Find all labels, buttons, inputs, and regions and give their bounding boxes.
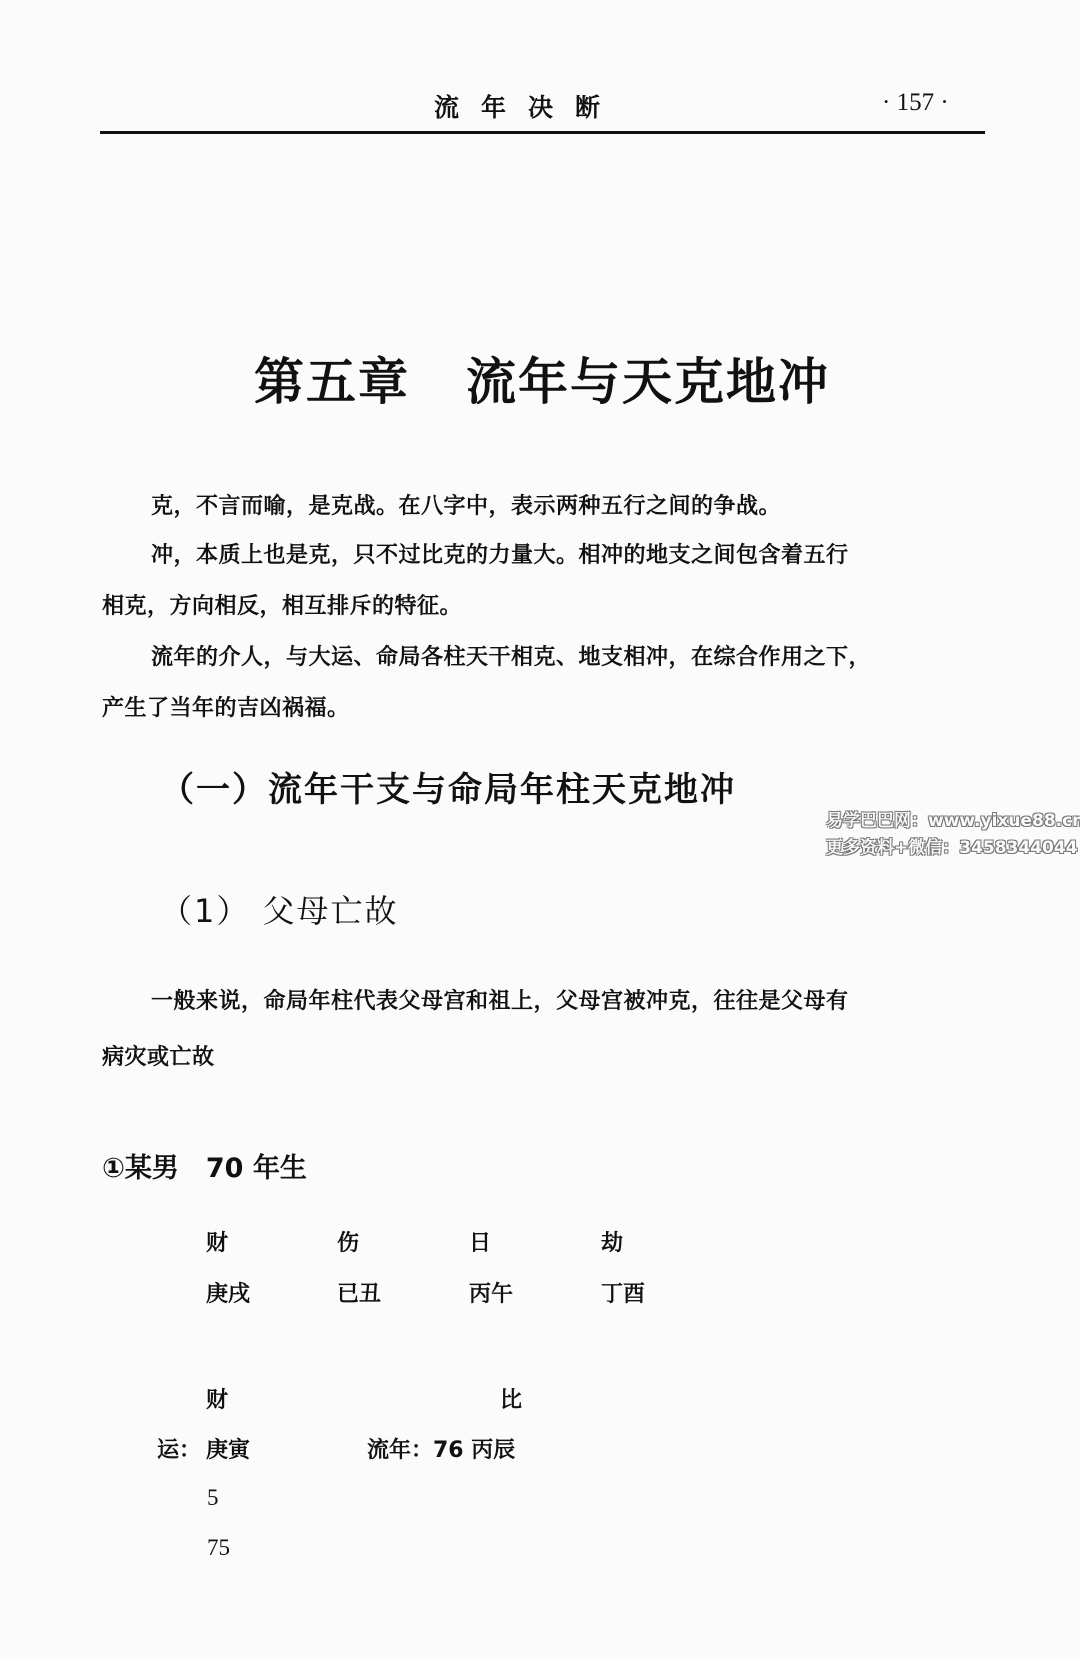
ten-god-day: 日 xyxy=(469,1226,491,1257)
watermark-line-2: 更多资料+微信：3458344044 xyxy=(826,833,1078,858)
page-number: · 157 · xyxy=(882,89,949,117)
intro-paragraph-1: 克，不言而喻，是克战。在八字中，表示两种五行之间的争战。 xyxy=(151,489,781,520)
subsection-paragraph-line-2: 病灾或亡故 xyxy=(102,1040,215,1071)
intro-paragraph-3-line-2: 产生了当年的吉凶祸福。 xyxy=(102,691,350,722)
ten-god-hour: 劫 xyxy=(601,1226,623,1257)
chapter-number: 第五章 xyxy=(254,353,410,411)
pillar-hour: 丁酉 xyxy=(601,1277,645,1308)
intro-paragraph-2-line-2: 相克，方向相反，相互排斥的特征。 xyxy=(102,589,462,620)
chapter-name: 流年与天克地冲 xyxy=(466,353,830,411)
flow-year: 流年：76 丙辰 xyxy=(367,1433,515,1464)
running-header-title: 流年决断 xyxy=(434,88,622,124)
year-ten-god: 比 xyxy=(500,1383,522,1414)
case-title: ①某男 70 年生 xyxy=(102,1146,307,1185)
header-rule xyxy=(100,131,985,134)
pillar-month: 已丑 xyxy=(337,1277,381,1308)
intro-paragraph-2-line-1: 冲，本质上也是克，只不过比克的力量大。相冲的地支之间包含着五行 xyxy=(151,538,849,569)
chapter-title: 第五章流年与天克地冲 xyxy=(254,342,830,414)
luck-start-year: 75 xyxy=(207,1535,230,1561)
luck-pillar: 庚寅 xyxy=(206,1433,250,1464)
luck-start-age: 5 xyxy=(207,1485,219,1511)
ten-god-month: 伤 xyxy=(337,1226,359,1257)
luck-ten-god: 财 xyxy=(206,1383,228,1414)
subsection-heading: （1） 父母亡故 xyxy=(160,886,399,932)
luck-label: 运： xyxy=(157,1433,201,1464)
subsection-paragraph-line-1: 一般来说，命局年柱代表父母宫和祖上，父母宫被冲克，往往是父母有 xyxy=(151,984,849,1015)
intro-paragraph-3-line-1: 流年的介人，与大运、命局各柱天干相克、地支相冲，在综合作用之下， xyxy=(151,640,871,671)
pillar-year: 庚戌 xyxy=(206,1277,250,1308)
pillar-day: 丙午 xyxy=(469,1277,513,1308)
ten-god-year: 财 xyxy=(206,1226,228,1257)
watermark-line-1: 易学巴巴网：www.yixue88.cn xyxy=(826,806,1080,831)
section-heading: （一）流年干支与命局年柱天克地冲 xyxy=(160,762,736,811)
